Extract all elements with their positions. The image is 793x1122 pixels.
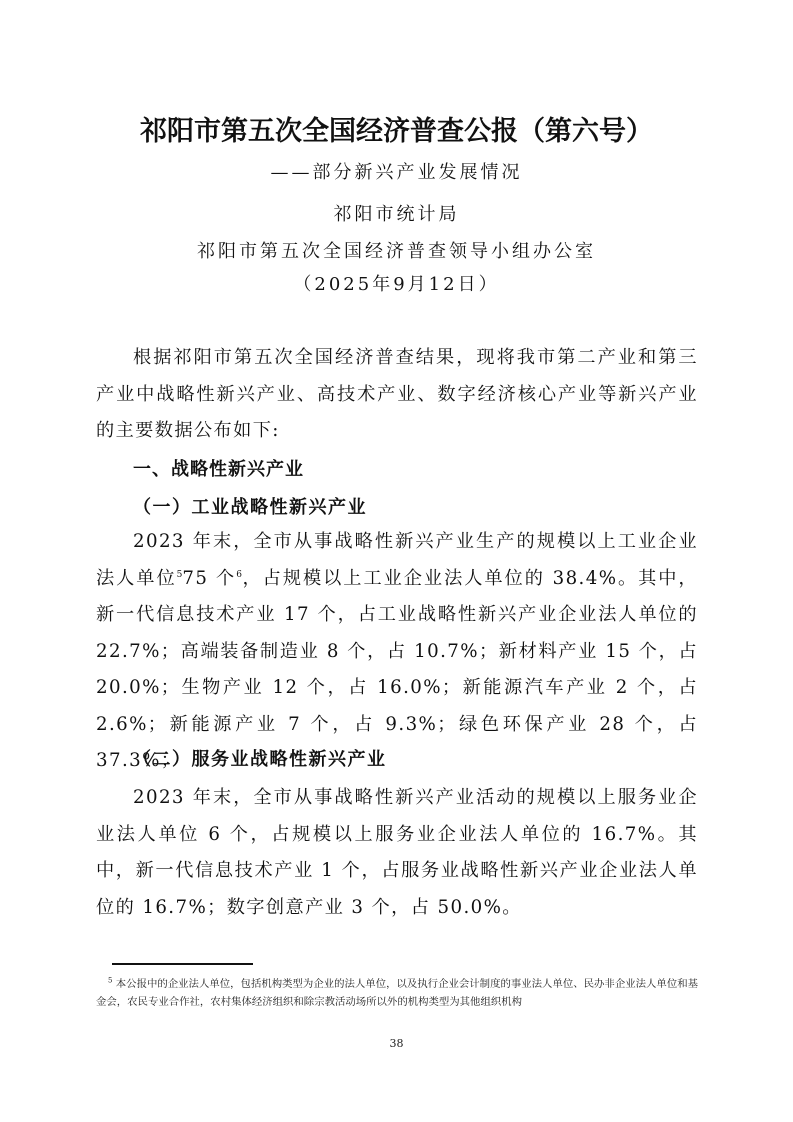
industrial-text-part3: ，占规模以上工业企业法人单位的 38.4%。其中，新一代信息技术产业 17 个，… <box>96 568 698 772</box>
footnote-text: 本公报中的企业法人单位，包括机构类型为企业的法人单位，以及执行企业会计制度的事业… <box>96 978 698 1008</box>
issuer-statistics-bureau: 祁阳市统计局 <box>0 200 793 230</box>
document-page: 祁阳市第五次全国经济普查公报（第六号） ——部分新兴产业发展情况 祁阳市统计局 … <box>0 0 793 1122</box>
industrial-paragraph: 2023 年末，全市从事战略性新兴产业生产的规模以上工业企业法人单位575 个6… <box>96 524 698 780</box>
services-paragraph: 2023 年末，全市从事战略性新兴产业活动的规模以上服务业企业法人单位 6 个，… <box>96 780 698 926</box>
subsection-heading-industrial: （一）工业战略性新兴产业 <box>133 493 367 523</box>
footnote-divider <box>112 963 253 965</box>
document-subtitle: ——部分新兴产业发展情况 <box>0 158 793 188</box>
page-number: 38 <box>0 1037 793 1051</box>
industrial-text-part2: 75 个 <box>182 568 236 589</box>
publish-date: （2025年9月12日） <box>0 270 793 300</box>
footnote-5: 5 本公报中的企业法人单位，包括机构类型为企业的法人单位，以及执行企业会计制度的… <box>96 975 698 1011</box>
intro-paragraph: 根据祁阳市第五次全国经济普查结果，现将我市第二产业和第三产业中战略性新兴产业、高… <box>96 340 698 450</box>
subsection-heading-services: （二）服务业战略性新兴产业 <box>133 745 387 775</box>
section-heading-strategic-emerging: 一、战略性新兴产业 <box>133 455 304 485</box>
issuer-census-office: 祁阳市第五次全国经济普查领导小组办公室 <box>0 237 793 267</box>
document-title: 祁阳市第五次全国经济普查公报（第六号） <box>0 112 793 152</box>
